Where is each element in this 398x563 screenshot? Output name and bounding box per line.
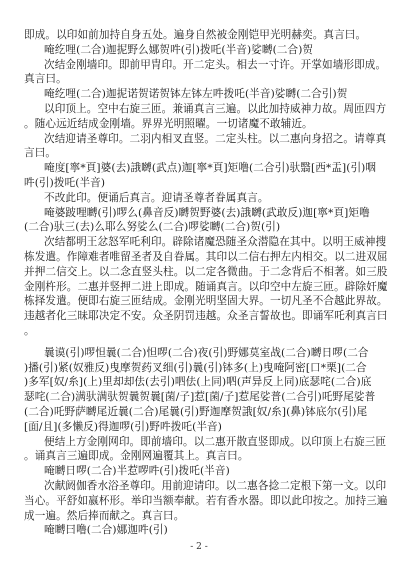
mantra-line: 瑟咤(二合)满驮满驮贺曩贺曩[菌/子]惹[菌/子]惹尾娑普(二合引)吒野尾娑普 bbox=[24, 390, 368, 405]
text-line: 。 bbox=[24, 324, 368, 339]
mantra-line: [面/且](多懒反)得迦啰(引)野吽拨吒(半音) bbox=[24, 420, 368, 435]
text-line: 当心。平舒如嬴杯形。举印当额奉献。若有香水器。即以此印按之。加持三遍 bbox=[24, 494, 368, 509]
mantra-line: 唵纥哩(二合)迦抳诺贺诺贺钵左钵左吽拨吒(半音)娑嚩(二合引)贺 bbox=[24, 87, 368, 102]
document-page: 即成。以印如前加持自身五处。遍身自然被金刚铠甲光明赫奕。真言曰。 唵纥哩(二合)… bbox=[24, 28, 368, 538]
paragraph-gap bbox=[24, 339, 368, 346]
text-line: 真言曰。 bbox=[24, 72, 368, 87]
mantra-line: 唵纥哩(二合)迦抳野么娜贺吽(引)拨吒(半音)娑嚩(二合)贺 bbox=[24, 43, 368, 58]
text-line: 次结迎请圣尊印。二羽内相叉直竖。二定头柱。以二惠向身招之。请尊真 bbox=[24, 132, 368, 147]
text-line: 言曰。 bbox=[24, 146, 368, 161]
text-line: 次结金刚墙印。即前甲胄印。开二定头。相去一寸许。开掌如墙形即成。 bbox=[24, 58, 368, 73]
text-line: 次献阏伽香水浴圣尊印。用前迎请印。以二惠各捻二定根下第一文。以印 bbox=[24, 479, 368, 494]
text-line: 即成。以印如前加持自身五处。遍身自然被金刚铠甲光明赫奕。真言曰。 bbox=[24, 28, 368, 43]
text-line: 栋发遣。作障难者唯留圣者及自眷属。其印以二信右押左内相交。以二进双屈 bbox=[24, 250, 368, 265]
page-number: - 2 - bbox=[0, 542, 398, 552]
text-line: 次结都明王忿怒军吒利印。辟除诸魔恐随圣众潜隐在其中。以明王威神搜 bbox=[24, 235, 368, 250]
text-line: 。随心远近结成金刚墙。界界光明照曜。一切诸魔不敢辅近。 bbox=[24, 117, 368, 132]
text-line: 并押二信交上。以二念直竖头柱。以二定各微曲。于二念背后不相著。如三股 bbox=[24, 265, 368, 280]
mantra-line: 唵婆跛哩嚩(引)啰么(鼻音反)嚩贺野婆(去)誐嚩(武敢反)迦[寧*頁]矩噜 bbox=[24, 206, 368, 221]
text-line: 栋择发遣。便即右旋三匝结成。金刚光明坚固大界。一切凡圣不合越此界故。 bbox=[24, 294, 368, 309]
mantra-line: 唵嚩日啰(二合)半惹啰吽(引)拨吒(半音) bbox=[24, 464, 368, 479]
text-line: 违越者化三昧耶决定不安。众圣阴罚违越。众圣言誓故也。即诵军吒利真言曰 bbox=[24, 309, 368, 324]
text-line: 以印顶上。空中右旋三匝。兼诵真言三遍。以此加持威神力故。周匝四方 bbox=[24, 102, 368, 117]
text-line: 便结上方金刚网印。即前墙印。以二惠开散直竖即成。以印顶上右旋三匝 bbox=[24, 435, 368, 450]
mantra-line: 吽(引)拨吒(半音) bbox=[24, 176, 368, 191]
text-line: 成一遍。然后捧而献之。真言曰。 bbox=[24, 509, 368, 524]
text-line: 。诵真言三遍即成。金刚网遍覆其上。真言曰。 bbox=[24, 449, 368, 464]
mantra-line: 曩谟(引)啰怛曩(二合)怛啰(二合)夜(引)野娜莫室战(二合)嚩日啰(二合 bbox=[24, 346, 368, 361]
mantra-line: )多军[奴/糸](上)里却却佉(去引)呬佉(上同)呬(声异反上同)底瑟咤(二合)… bbox=[24, 375, 368, 390]
mantra-line: )播(引)紧(奴雅反)曳摩贺药叉细(引)曩(引)钵多(上)曳唵阿密[口*栗](二… bbox=[24, 361, 368, 376]
mantra-line: 唵度[寧*頁]婆(去)誐嚩(武点)迦[寧*頁]矩噜(二合引)驮翳[西*盂](引)… bbox=[24, 161, 368, 176]
mantra-line: (二合)吒野萨嚩尾近曩(二合)尾曩(引)野迦摩贺誐[奴/糸](鼻)钵底尔(引)尾 bbox=[24, 405, 368, 420]
mantra-line: (二合)驮三(去)么耶么努娑么(二合)啰娑嚩(二合)贺(引) bbox=[24, 220, 368, 235]
mantra-line: 唵嚩曰噜(二合)娜迦吽(引) bbox=[24, 523, 368, 538]
text-line: 不改此印。便诵后真言。迎请圣尊者眷属真言。 bbox=[24, 191, 368, 206]
text-line: 金刚杵形。二惠并竖押二进上即成。随诵真言。以印空中左旋三匝。辟除奸魔 bbox=[24, 280, 368, 295]
